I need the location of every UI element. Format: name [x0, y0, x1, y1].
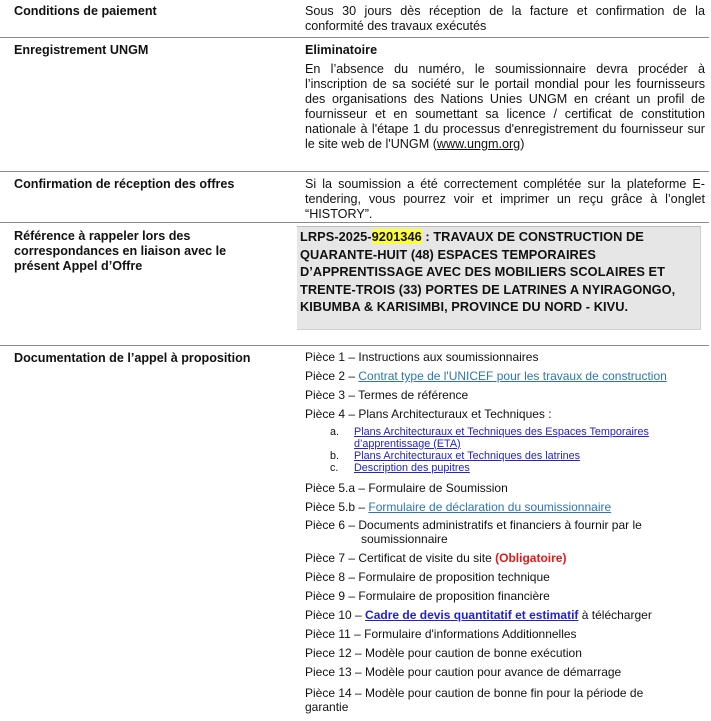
row-label-documentation: Documentation de l’appel à proposition	[14, 351, 284, 366]
document-item-12: Piece 12 – Modèle pour caution de bonne …	[305, 646, 582, 660]
document-item-5a: Pièce 5.a – Formulaire de Soumission	[305, 481, 508, 495]
row-divider	[0, 171, 709, 172]
reference-box: LRPS-2025-9201346 : TRAVAUX DE CONSTRUCT…	[297, 226, 701, 330]
row-divider	[0, 345, 709, 346]
reference-prefix: LRPS-2025-	[300, 229, 372, 244]
document-item-6: Pièce 6 – Documents administratifs et fi…	[305, 518, 642, 546]
row-value-confirmation: Si la soumission a été correctement comp…	[305, 177, 705, 222]
declaration-link[interactable]: Formulaire de déclaration du soumissionn…	[368, 500, 611, 514]
row-divider	[0, 37, 709, 38]
row-label-reference: Référence à rappeler lors des correspond…	[14, 229, 264, 274]
document-item-5b: Pièce 5.b – Formulaire de déclaration du…	[305, 500, 611, 514]
ungm-link-suffix: )	[520, 137, 524, 151]
document-item-3: Pièce 3 – Termes de référence	[305, 388, 468, 402]
eliminatoire-title: Eliminatoire	[305, 43, 705, 58]
plans-latrines-link[interactable]: Plans Architecturaux et Techniques des l…	[354, 451, 580, 463]
pupitres-link[interactable]: Description des pupitres	[354, 463, 470, 475]
obligatoire-badge: (Obligatoire)	[495, 551, 566, 565]
document-item-13: Piece 13 – Modèle pour caution pour avan…	[305, 665, 621, 679]
document-item-8: Pièce 8 – Formulaire de proposition tech…	[305, 570, 550, 584]
document-item-10: Pièce 10 – Cadre de devis quantitatif et…	[305, 608, 652, 622]
contrat-type-link[interactable]: Contrat type de l'UNICEF pour les travau…	[358, 369, 666, 383]
document-item-2: Pièce 2 – Contrat type de l'UNICEF pour …	[305, 369, 667, 383]
row-value-ungm: Eliminatoire En l’absence du numéro, le …	[305, 43, 705, 152]
row-label-confirmation: Confirmation de réception des offres	[14, 177, 284, 192]
document-item-14: Pièce 14 – Modèle pour caution de bonne …	[305, 686, 643, 714]
plans-eta-link[interactable]: Plans Architecturaux et Techniques des E…	[354, 427, 649, 450]
row-divider	[0, 222, 709, 223]
reference-number-highlight: 9201346	[372, 229, 422, 244]
row-label-payment-terms: Conditions de paiement	[14, 4, 284, 19]
ungm-link[interactable]: www.ungm.org	[437, 137, 520, 151]
document-item-1: Pièce 1 – Instructions aux soumissionnai…	[305, 350, 538, 364]
document-item-7: Pièce 7 – Certificat de visite du site (…	[305, 551, 566, 565]
row-label-ungm: Enregistrement UNGM	[14, 43, 284, 58]
document-item-4: Pièce 4 – Plans Architecturaux et Techni…	[305, 407, 552, 421]
document-item-11: Pièce 11 – Formulaire d'informations Add…	[305, 627, 577, 641]
document-item-9: Pièce 9 – Formulaire de proposition fina…	[305, 589, 550, 603]
row-value-payment-terms: Sous 30 jours dès réception de la factur…	[305, 4, 705, 34]
cadre-devis-link[interactable]: Cadre de devis quantitatif et estimatif	[365, 608, 578, 622]
